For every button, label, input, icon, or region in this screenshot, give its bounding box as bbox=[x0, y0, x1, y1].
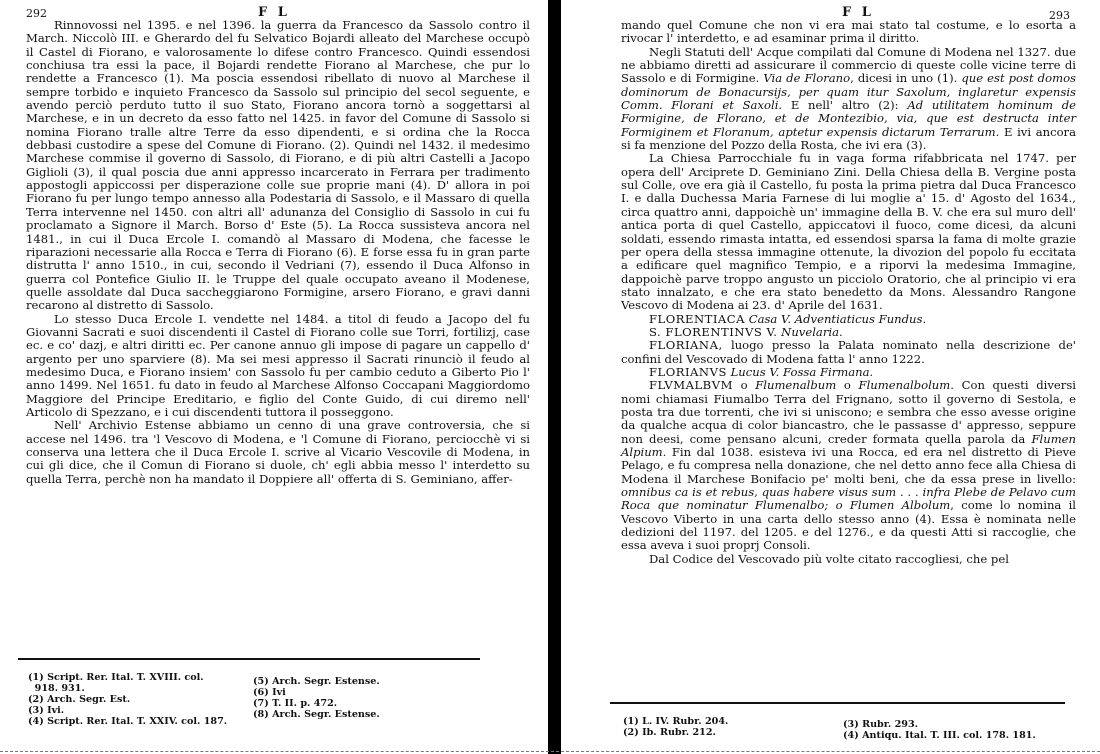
dictionary-entry: FLORENTIACA Casa V. Adventiaticus Fundus… bbox=[621, 313, 1076, 326]
footnote: 918. 931. bbox=[28, 683, 253, 694]
body-text: mando quel Comune che non vi era mai sta… bbox=[621, 19, 1076, 566]
footnotes: (1) L. IV. Rubr. 204. (2) Ib. Rubr. 212.… bbox=[623, 716, 1036, 741]
entry-headword: S. FLORENTINVS V. bbox=[649, 325, 777, 339]
footnote: (1) L. IV. Rubr. 204. bbox=[623, 716, 843, 727]
cross-reference: Casa V. Adventiaticus Fundus. bbox=[749, 312, 926, 326]
text-run: E nell' altro (2): bbox=[791, 98, 899, 112]
footnotes-column: (1) Script. Rer. Ital. T. XVIII. col. 91… bbox=[28, 672, 253, 727]
left-page: 292 F L Rinnovossi nel 1395. e nel 1396.… bbox=[0, 0, 545, 754]
entry-headword: FLORIANA, bbox=[649, 338, 723, 352]
scan-edge bbox=[0, 751, 1100, 753]
footnote: (3) Rubr. 293. bbox=[843, 719, 1036, 730]
dictionary-entry: FLVMALBVM o Flumenalbum o Flumenalbolum.… bbox=[621, 379, 1076, 552]
footnote: (3) Ivi. bbox=[28, 705, 253, 716]
footnote: (2) Ib. Rubr. 212. bbox=[623, 727, 843, 738]
text-run: o bbox=[741, 378, 748, 392]
paragraph: La Chiesa Parrocchiale fu in vaga forma … bbox=[621, 152, 1076, 312]
entry-text: . Fin dal 1038. esisteva ivi una Rocca, … bbox=[621, 445, 1076, 486]
footnotes-column: (1) L. IV. Rubr. 204. (2) Ib. Rubr. 212. bbox=[623, 716, 843, 741]
footnote: (5) Arch. Segr. Estense. bbox=[253, 676, 380, 687]
paragraph: Lo stesso Duca Ercole I. vendette nel 14… bbox=[26, 313, 530, 420]
dictionary-entry: S. FLORENTINVS V. Nuvelaria. bbox=[621, 326, 1076, 339]
footnote: (4) Script. Rer. Ital. T. XXIV. col. 187… bbox=[28, 716, 253, 727]
footnote: (1) Script. Rer. Ital. T. XVIII. col. bbox=[28, 672, 253, 683]
entry-headword: FLORENTIACA bbox=[649, 312, 745, 326]
cross-reference: Lucus V. Fossa Firmana. bbox=[731, 365, 874, 379]
entry-headword: FLORIANVS bbox=[649, 365, 727, 379]
book-gutter-shadow bbox=[548, 0, 561, 754]
footnote: (4) Antiqu. Ital. T. III. col. 178. 181. bbox=[843, 730, 1036, 741]
body-text: Rinnovossi nel 1395. e nel 1396. la guer… bbox=[26, 19, 530, 486]
paragraph: Nell' Archivio Estense abbiamo un cenno … bbox=[26, 419, 530, 486]
paragraph: mando quel Comune che non vi era mai sta… bbox=[621, 19, 1076, 46]
latin-term: Flumenalbolum bbox=[859, 378, 951, 392]
footnote: (8) Arch. Segr. Estense. bbox=[253, 709, 380, 720]
footnotes: (1) Script. Rer. Ital. T. XVIII. col. 91… bbox=[28, 672, 380, 727]
footnote: (6) Ivi bbox=[253, 687, 380, 698]
footnotes-column: (5) Arch. Segr. Estense. (6) Ivi (7) T. … bbox=[253, 672, 380, 727]
latin-quote: Via de Florano bbox=[763, 71, 850, 85]
paragraph: Rinnovossi nel 1395. e nel 1396. la guer… bbox=[26, 19, 530, 313]
footnote: (7) T. II. p. 472. bbox=[253, 698, 380, 709]
dictionary-entry: FLORIANA, luogo presso la Palata nominat… bbox=[621, 339, 1076, 366]
footnote: (2) Arch. Segr. Est. bbox=[28, 694, 253, 705]
text-run: , dicesi in uno (1). bbox=[850, 71, 957, 85]
footnote-rule bbox=[610, 702, 1065, 704]
latin-term: Flumenalbum bbox=[755, 378, 836, 392]
footnotes-column: (3) Rubr. 293. (4) Antiqu. Ital. T. III.… bbox=[843, 716, 1036, 741]
cross-reference: Nuvelaria. bbox=[781, 325, 843, 339]
paragraph: Negli Statuti dell' Acque compilati dal … bbox=[621, 46, 1076, 153]
text-run: o bbox=[844, 378, 851, 392]
paragraph: Dal Codice del Vescovado più volte citat… bbox=[621, 553, 1076, 566]
right-page: F L 293 mando quel Comune che non vi era… bbox=[565, 0, 1100, 754]
dictionary-entry: FLORIANVS Lucus V. Fossa Firmana. bbox=[621, 366, 1076, 379]
footnote-rule bbox=[18, 658, 480, 660]
entry-headword: FLVMALBVM bbox=[649, 378, 733, 392]
